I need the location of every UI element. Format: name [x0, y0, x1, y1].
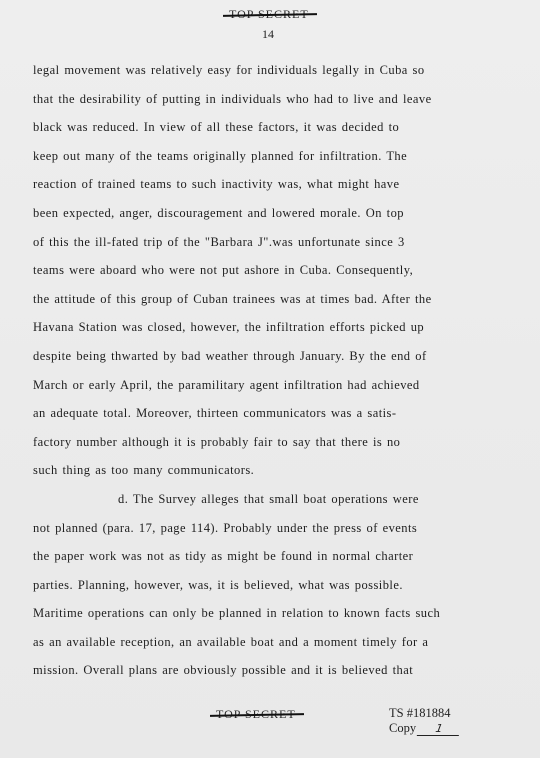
footer-classification-marking: TOP SECRET: [216, 707, 296, 722]
copy-number-handwritten: 1: [417, 722, 461, 736]
text-line: mission. Overall plans are obviously pos…: [33, 660, 493, 689]
text-line: teams were aboard who were not put ashor…: [33, 260, 493, 289]
text-line: black was reduced. In view of all these …: [33, 117, 493, 146]
text-line: reaction of trained teams to such inacti…: [33, 174, 493, 203]
text-line: of this the ill-fated trip of the "Barba…: [33, 232, 493, 261]
text-line: the attitude of this group of Cuban trai…: [33, 289, 493, 318]
header-classification-marking: TOP SECRET: [229, 7, 309, 22]
text-line: parties. Planning, however, was, it is b…: [33, 575, 493, 604]
text-line: not planned (para. 17, page 114). Probab…: [33, 518, 493, 547]
text-line: factory number although it is probably f…: [33, 432, 493, 461]
copy-number-row: Copy 1: [389, 721, 460, 736]
document-page: TOP SECRET 14 legal movement was relativ…: [0, 0, 540, 758]
text-line: despite being thwarted by bad weather th…: [33, 346, 493, 375]
page-number: 14: [262, 27, 274, 42]
copy-label: Copy: [389, 721, 416, 736]
text-line: such thing as too many communicators.: [33, 460, 493, 489]
text-line: that the desirability of putting in indi…: [33, 89, 493, 118]
text-line: an adequate total. Moreover, thirteen co…: [33, 403, 493, 432]
text-line: legal movement was relatively easy for i…: [33, 60, 493, 89]
text-line: Maritime operations can only be planned …: [33, 603, 493, 632]
text-line: the paper work was not as tidy as might …: [33, 546, 493, 575]
text-line: d. The Survey alleges that small boat op…: [33, 489, 493, 518]
text-line: Havana Station was closed, however, the …: [33, 317, 493, 346]
body-text: legal movement was relatively easy for i…: [33, 60, 493, 689]
document-control-block: TS #181884 Copy 1: [389, 706, 460, 736]
text-line: been expected, anger, discouragement and…: [33, 203, 493, 232]
text-line: as an available reception, an available …: [33, 632, 493, 661]
control-number: TS #181884: [389, 706, 460, 721]
text-line: keep out many of the teams originally pl…: [33, 146, 493, 175]
text-line: March or early April, the paramilitary a…: [33, 375, 493, 404]
